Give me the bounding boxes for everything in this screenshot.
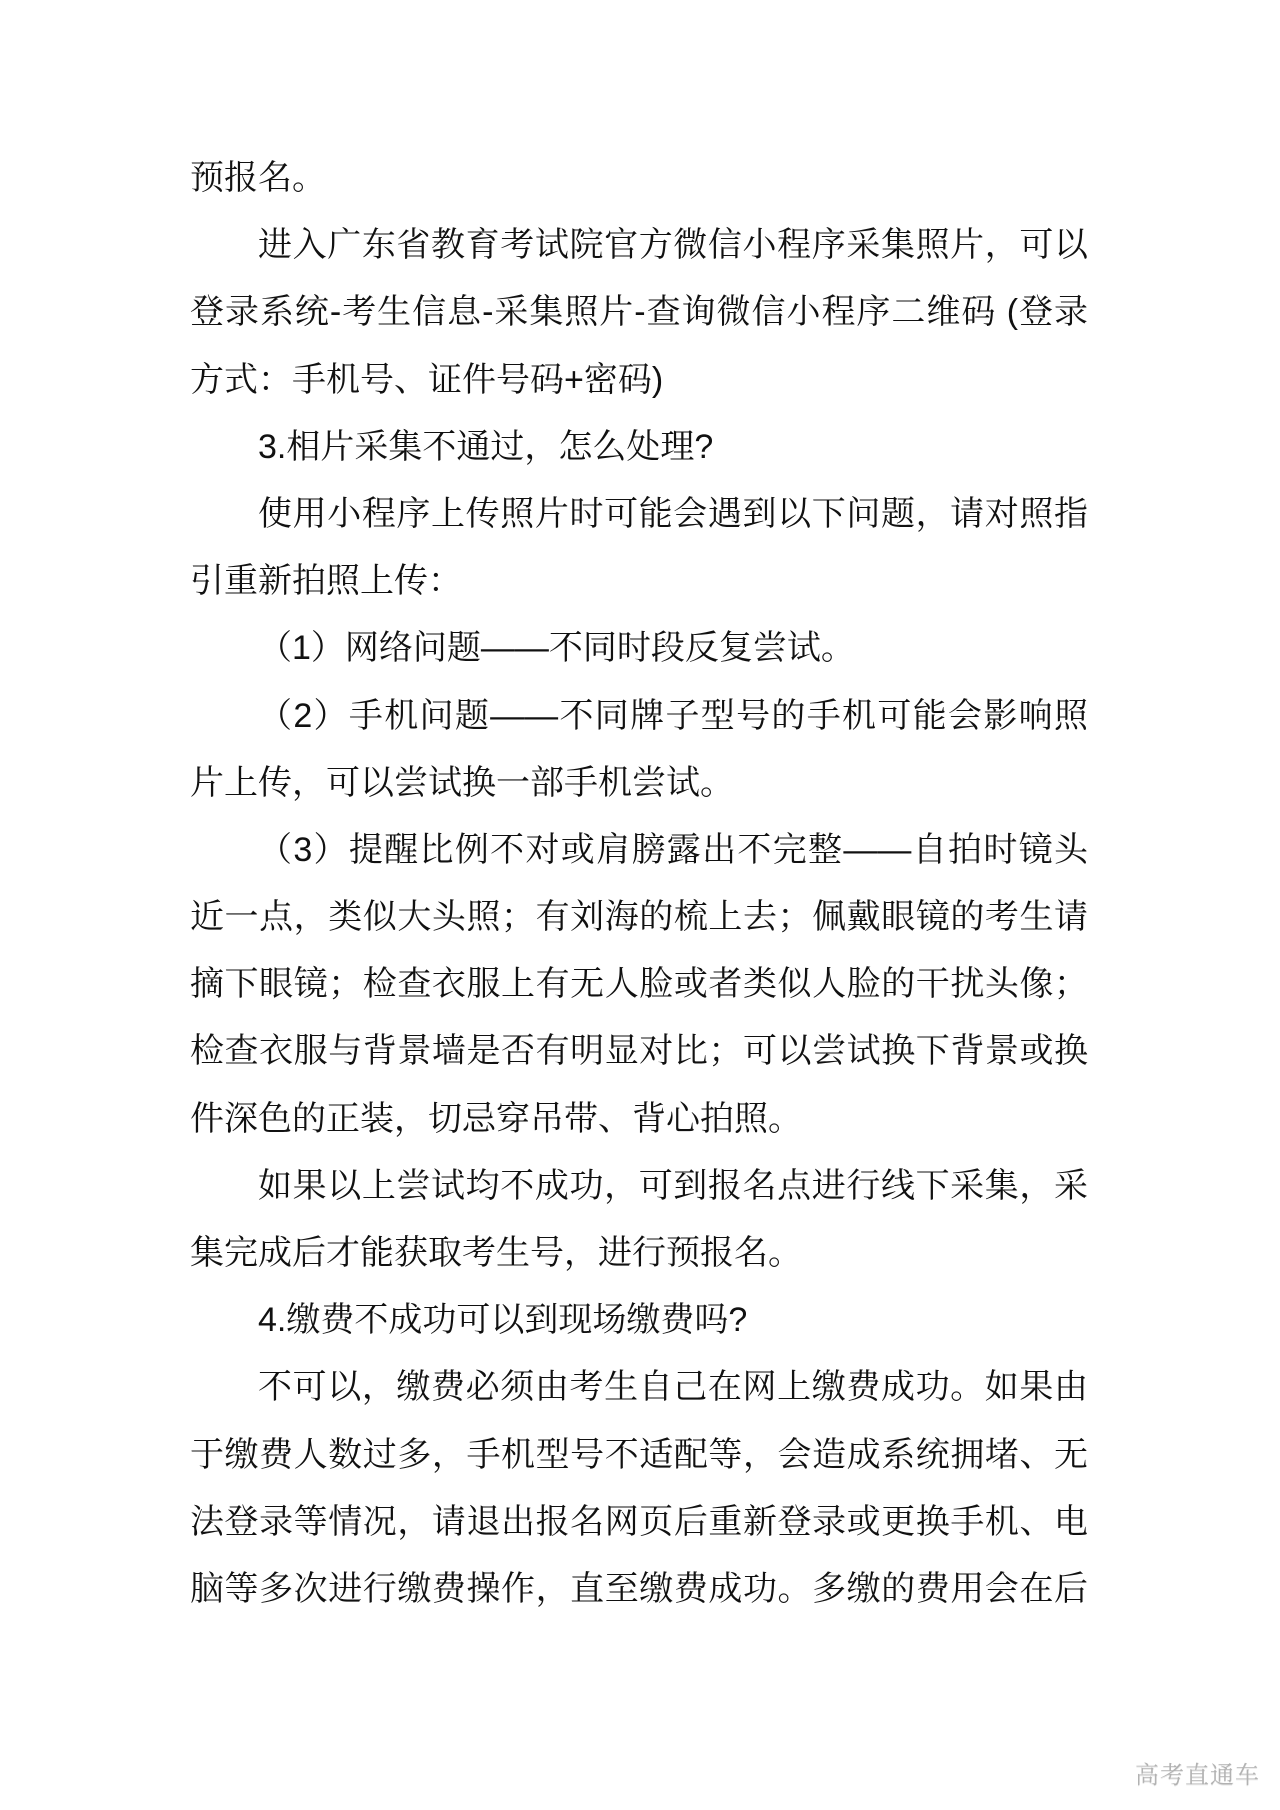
text-line: 集完成后才能获取考生号，进行预报名。 [190,1220,1088,1287]
text-line: 登录系统-考生信息-采集照片-查询微信小程序二维码 (登录 [190,279,1088,346]
text-line: 3.相片采集不通过，怎么处理? [190,414,1088,481]
text-line: 法登录等情况，请退出报名网页后重新登录或更换手机、电 [190,1489,1088,1556]
text-line: 不可以，缴费必须由考生自己在网上缴费成功。如果由 [190,1354,1088,1421]
text-line: （1）网络问题——不同时段反复尝试。 [190,615,1088,682]
text-line: 如果以上尝试均不成功，可到报名点进行线下采集，采 [190,1153,1088,1220]
text-line: （2）手机问题——不同牌子型号的手机可能会影响照 [190,683,1088,750]
text-line: 脑等多次进行缴费操作，直至缴费成功。多缴的费用会在后 [190,1556,1088,1623]
text-line: 件深色的正装，切忌穿吊带、背心拍照。 [190,1086,1088,1153]
text-line: （3）提醒比例不对或肩膀露出不完整——自拍时镜头 [190,817,1088,884]
text-line: 进入广东省教育考试院官方微信小程序采集照片，可以 [190,212,1088,279]
text-line: 预报名。 [190,145,1088,212]
document-text-block: 预报名。进入广东省教育考试院官方微信小程序采集照片，可以登录系统-考生信息-采集… [190,145,1088,1623]
text-line: 4.缴费不成功可以到现场缴费吗? [190,1287,1088,1354]
text-line: 检查衣服与背景墙是否有明显对比；可以尝试换下背景或换 [190,1018,1088,1085]
document-page: 预报名。进入广东省教育考试院官方微信小程序采集照片，可以登录系统-考生信息-采集… [0,0,1280,1810]
text-line: 近一点，类似大头照；有刘海的梳上去；佩戴眼镜的考生请 [190,884,1088,951]
text-line: 引重新拍照上传： [190,548,1088,615]
text-line: 使用小程序上传照片时可能会遇到以下问题，请对照指 [190,481,1088,548]
text-line: 片上传，可以尝试换一部手机尝试。 [190,750,1088,817]
text-line: 于缴费人数过多，手机型号不适配等，会造成系统拥堵、无 [190,1422,1088,1489]
text-line: 方式：手机号、证件号码+密码) [190,347,1088,414]
watermark: 高考直通车 [1135,1755,1260,1790]
text-line: 摘下眼镜；检查衣服上有无人脸或者类似人脸的干扰头像； [190,951,1088,1018]
